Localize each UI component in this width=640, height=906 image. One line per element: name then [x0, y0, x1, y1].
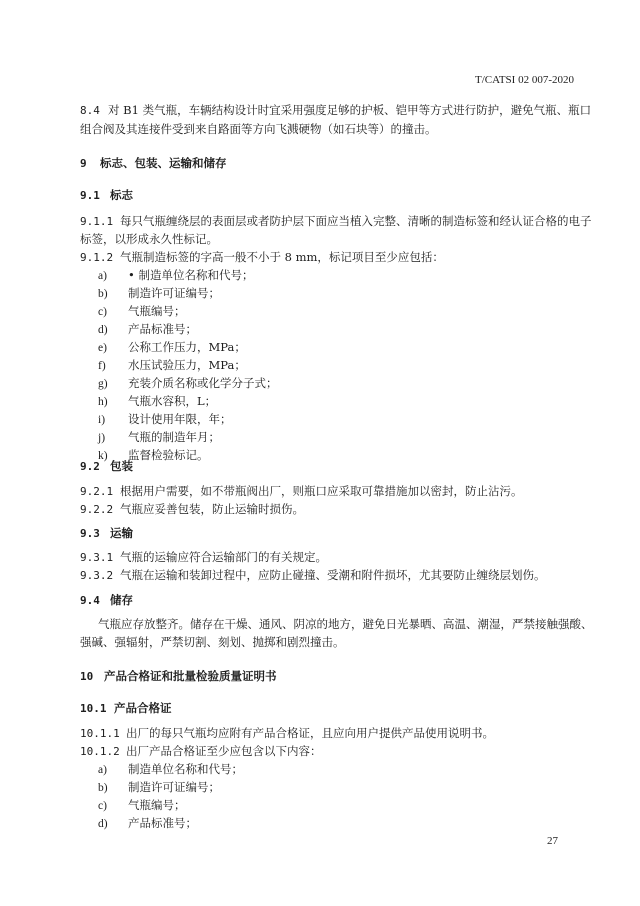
clause-10-1-2: 10.1.2出厂产品合格证至少应包含以下内容：	[80, 744, 322, 759]
section-9-3-heading: 9.3运输	[80, 525, 133, 541]
paragraph-storage-cont: 强碱、强辐射，严禁切割、刻划、抛掷和剧烈撞击。	[80, 635, 345, 649]
section-10-heading: 10产品合格证和批量检验质量证明书	[80, 668, 277, 684]
clause-9-1-1: 9.1.1每只气瓶缠绕层的表面层或者防护层下面应当植入完整、清晰的制造标签和经认…	[80, 214, 592, 229]
list-item: d)产品标准号；	[98, 322, 197, 337]
clause-10-1-1: 10.1.1出厂的每只气瓶均应附有产品合格证，且应向用户提供产品使用说明书。	[80, 726, 494, 741]
list-item: g)充装介质名称或化学分子式；	[98, 376, 278, 391]
section-9-heading: 9标志、包装、运输和储存	[80, 155, 227, 171]
list-item: a)制造单位名称和代号；	[98, 762, 243, 777]
section-9-1-heading: 9.1标志	[80, 187, 133, 203]
clause-8-4: 8.4对 B1 类气瓶，车辆结构设计时宜采用强度足够的护板、铠甲等方式进行防护，…	[80, 103, 591, 118]
list-item: j)气瓶的制造年月；	[98, 430, 220, 445]
section-10-1-heading: 10.1产品合格证	[80, 700, 172, 716]
clause-number: 8.4	[80, 104, 108, 118]
list-item: c)气瓶编号；	[98, 304, 186, 319]
document-code: T/CATSI 02 007-2020	[475, 74, 574, 86]
clause-9-3-1: 9.3.1气瓶的运输应符合运输部门的有关规定。	[80, 550, 327, 565]
list-item: c)气瓶编号；	[98, 798, 186, 813]
clause-text: 对 B1 类气瓶，车辆结构设计时宜采用强度足够的护板、铠甲等方式进行防护，避免气…	[108, 103, 591, 117]
section-9-4-heading: 9.4储存	[80, 592, 133, 608]
clause-9-2-2: 9.2.2气瓶应妥善包装，防止运输时损伤。	[80, 502, 304, 517]
clause-9-1-1-cont: 标签，以形成永久性标记。	[80, 232, 218, 246]
list-item: h)气瓶水容积，L；	[98, 394, 216, 409]
list-item: i)设计使用年限，年；	[98, 412, 232, 427]
clause-9-2-1: 9.2.1根据用户需要，如不带瓶阀出厂，则瓶口应采取可靠措施加以密封，防止沾污。	[80, 484, 523, 499]
clause-8-4-cont: 组合阀及其连接件受到来自路面等方向飞溅硬物（如石块等）的撞击。	[80, 122, 437, 136]
list-item: b)制造许可证编号；	[98, 286, 220, 301]
list-item: d)产品标准号；	[98, 816, 197, 831]
list-item: a)• 制造单位名称和代号；	[98, 268, 253, 283]
list-item: b)制造许可证编号；	[98, 780, 220, 795]
clause-9-3-2: 9.3.2气瓶在运输和装卸过程中，应防止碰撞、受潮和附件损坏，尤其要防止缠绕层划…	[80, 568, 546, 583]
list-item: f)水压试验压力，MPa；	[98, 358, 246, 373]
list-item: e)公称工作压力，MPa；	[98, 340, 246, 355]
page-number: 27	[547, 835, 558, 847]
section-9-2-heading: 9.2包装	[80, 458, 133, 474]
clause-9-1-2: 9.1.2气瓶制造标签的字高一般不小于 8 mm，标记项目至少应包括：	[80, 250, 444, 265]
paragraph-storage: 气瓶应存放整齐。储存在干燥、通风、阴凉的地方，避免日光暴晒、高温、潮湿，严禁接触…	[98, 617, 593, 631]
